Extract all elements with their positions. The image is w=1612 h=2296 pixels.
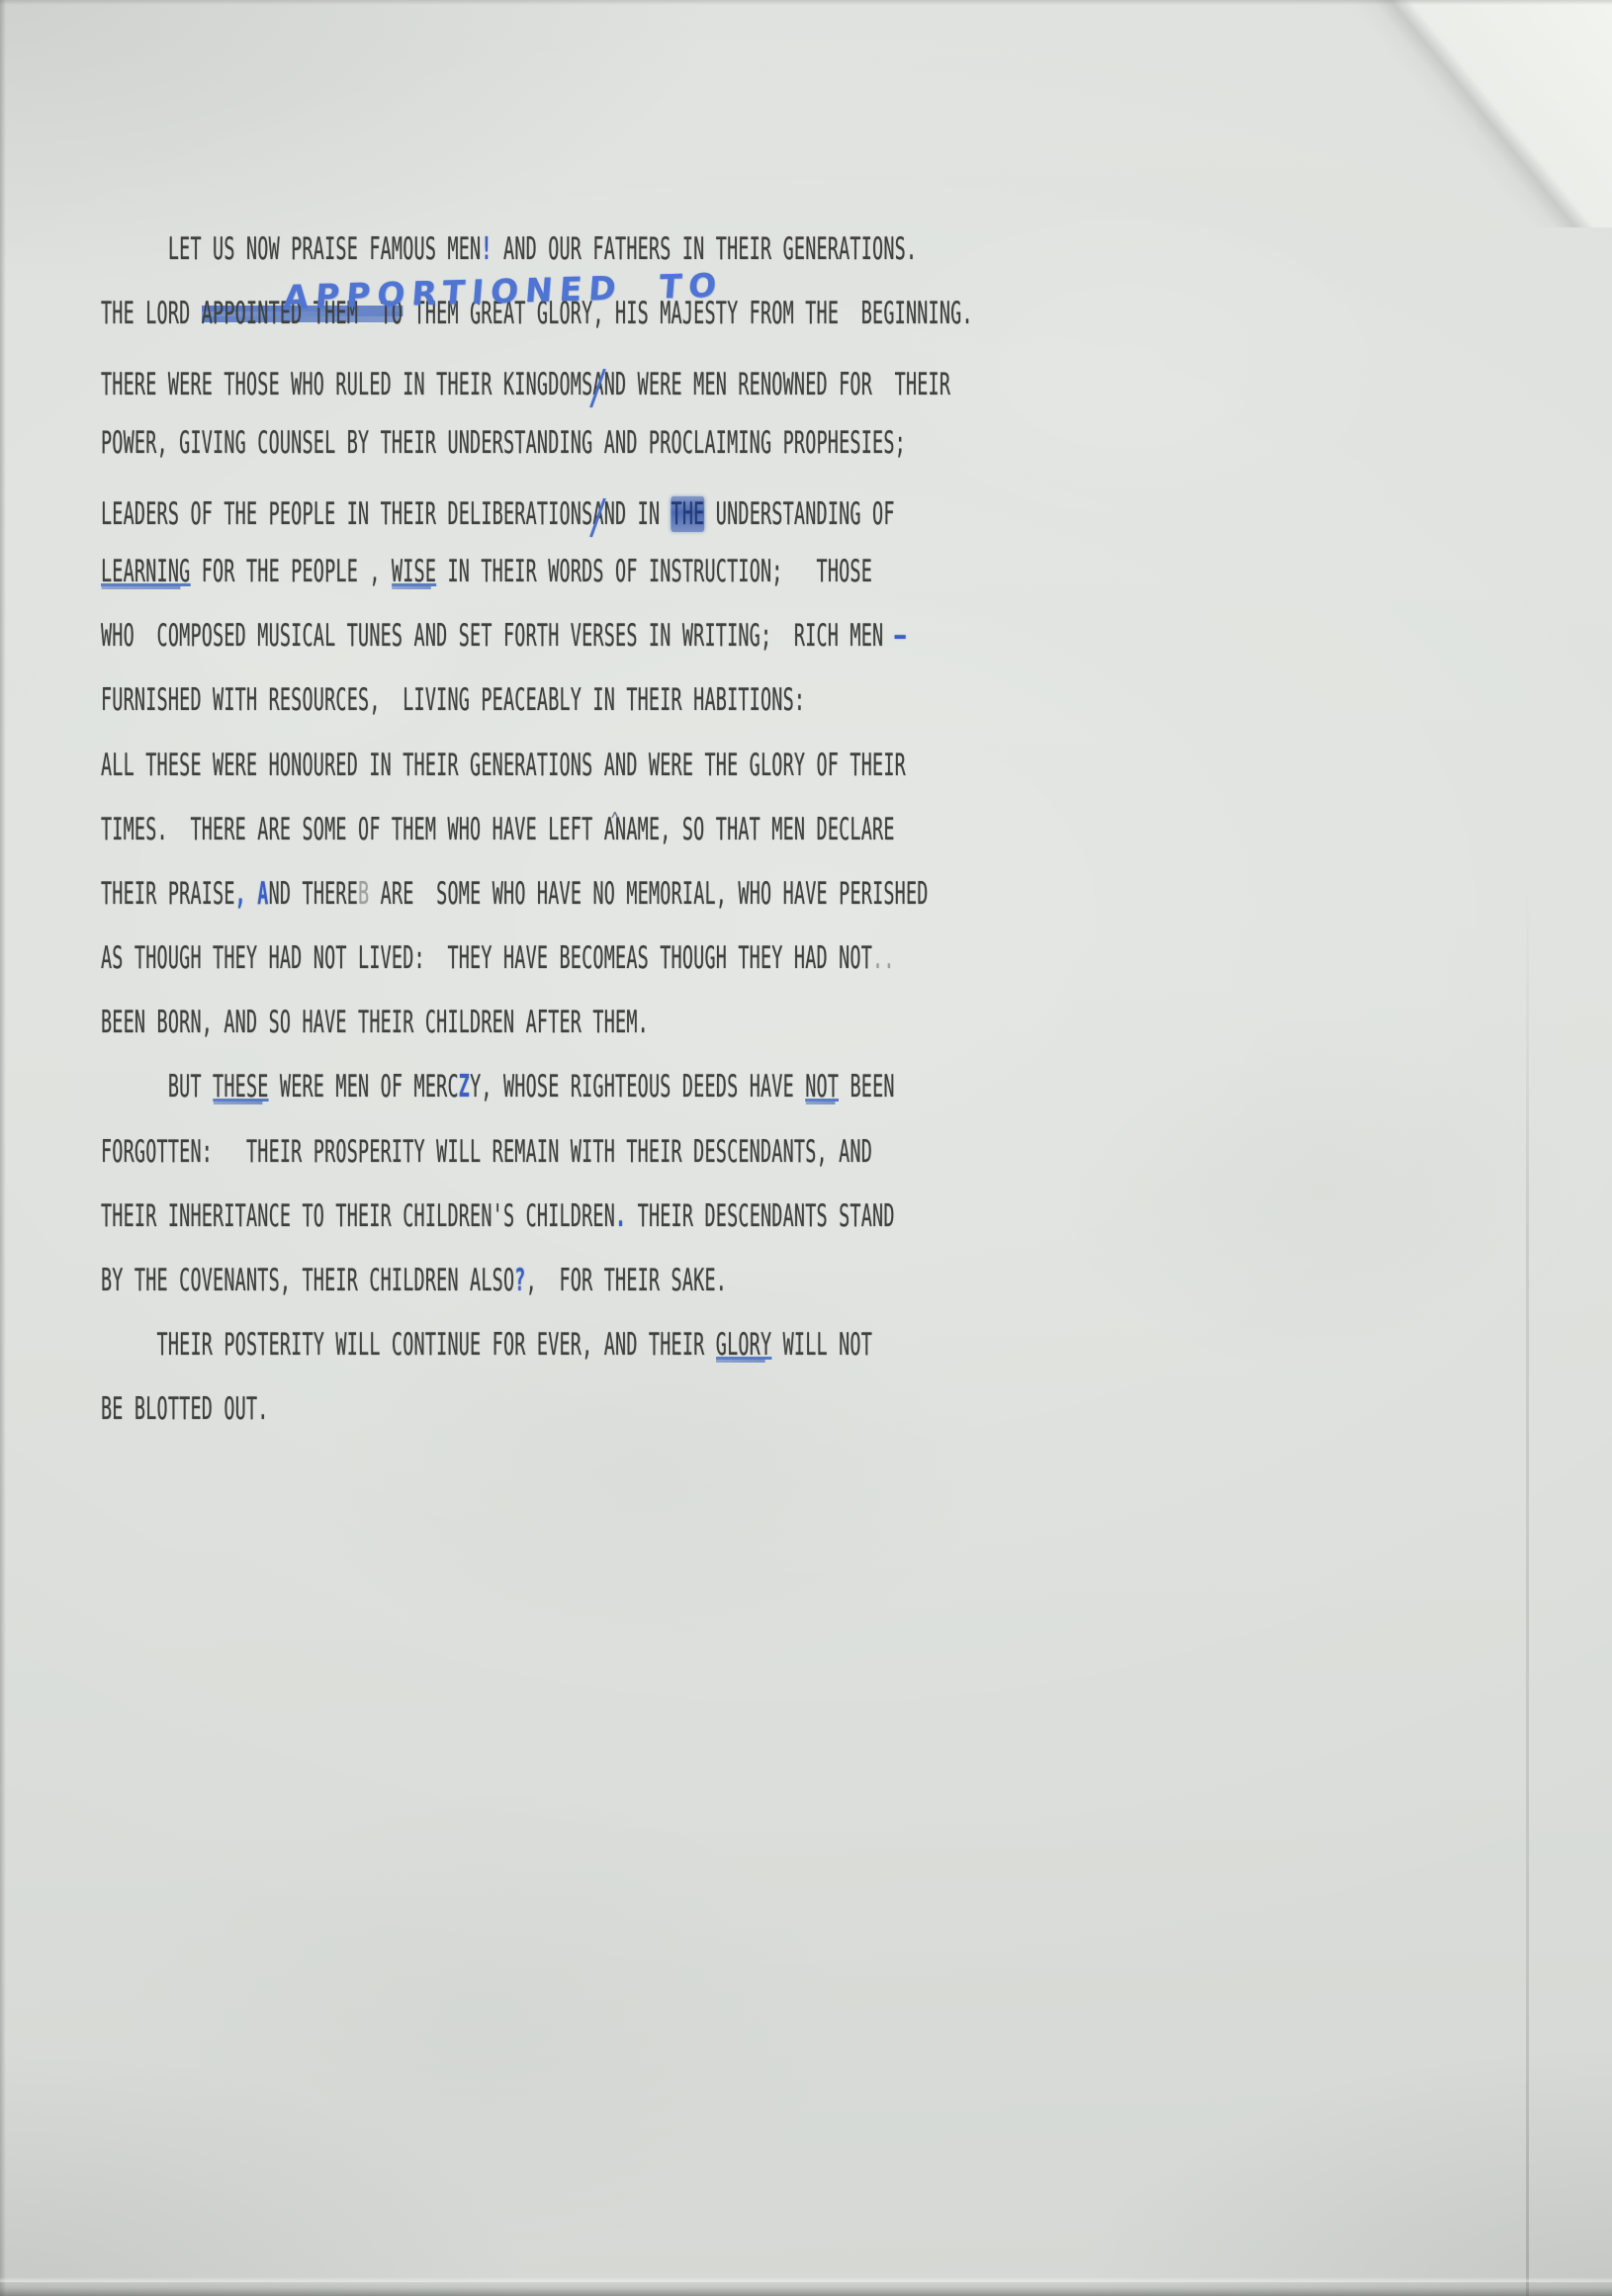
typed-text: AND WERE MEN RENOWNED FOR THEIR <box>592 367 950 402</box>
annotation-faint: B <box>358 876 369 912</box>
typed-line: AS THOUGH THEY HAD NOT LIVED: THEY HAVE … <box>101 927 1567 991</box>
typed-line: LEADERS OF THE PEOPLE IN THEIR DELIBERAT… <box>101 476 1567 540</box>
typed-text: BUT <box>101 1069 213 1104</box>
annotation-blue-bold: . <box>615 1198 626 1234</box>
annotation-faint: .. <box>872 940 895 976</box>
typed-line: WHO COMPOSED MUSICAL TUNES AND SET FORTH… <box>101 604 1567 668</box>
typed-text: WERE MEN OF MERC <box>269 1069 459 1104</box>
typed-text: AND OUR FATHERS IN THEIR GENERATIONS. <box>493 231 918 267</box>
typed-text: THEIR PRAISE <box>101 876 235 912</box>
typed-text: , FOR THEIR SAKE. <box>526 1263 727 1298</box>
scanned-paper: LET US NOW PRAISE FAMOUS MEN! AND OUR FA… <box>0 0 1612 2296</box>
typed-text: THE LORD <box>101 296 202 331</box>
typed-line: THEIR PRAISE, AND THEREB ARE SOME WHO HA… <box>101 862 1567 927</box>
typed-line: POWER, GIVING COUNSEL BY THEIR UNDERSTAN… <box>101 411 1567 476</box>
typed-line: THEIR POSTERITY WILL CONTINUE FOR EVER, … <box>101 1313 1567 1377</box>
typed-text: THEIR DESCENDANTS STAND <box>626 1198 894 1234</box>
typed-text: BE BLOTTED OUT. <box>101 1391 269 1427</box>
typed-text: BEEN BORN, AND SO HAVE THEIR CHILDREN AF… <box>101 1005 649 1040</box>
typed-text: BEEN <box>839 1069 895 1104</box>
annotation-u: LEARNING <box>101 554 190 589</box>
typed-text: ALL THESE WERE HONOURED IN THEIR GENERAT… <box>101 748 906 783</box>
typed-text: ARE SOME WHO HAVE NO MEMORIAL, WHO HAVE … <box>369 876 928 912</box>
typed-text: BY THE COVENANTS, THEIR CHILDREN ALSO <box>101 1263 514 1298</box>
annotation-blue-bold: , <box>235 876 246 912</box>
typed-text: LEADERS OF THE PEOPLE IN THEIR DELIBERAT… <box>101 496 592 532</box>
annotation-u: GLORY <box>716 1327 772 1363</box>
typed-text: UNDERSTANDING OF <box>704 496 894 532</box>
typed-text: ND THERE <box>269 876 358 912</box>
typed-text <box>246 876 257 912</box>
typed-line: FORGOTTEN: THEIR PROSPERITY WILL REMAIN … <box>101 1120 1567 1185</box>
typed-text: FURNISHED WITH RESOURCES, LIVING PEACEAB… <box>101 682 805 718</box>
typed-text: POWER, GIVING COUNSEL BY THEIR UNDERSTAN… <box>101 425 906 461</box>
annotation-u: NOT <box>805 1069 839 1104</box>
typed-text: NAME, SO THAT MEN DECLARE <box>615 812 895 847</box>
typed-line: LET US NOW PRAISE FAMOUS MEN! AND OUR FA… <box>101 218 1567 282</box>
annotation-blot: THE <box>672 496 705 532</box>
typed-text: LET US NOW PRAISE FAMOUS MEN <box>101 231 481 267</box>
typed-text: FOR THE PEOPLE , <box>190 554 391 589</box>
typed-text-block: LET US NOW PRAISE FAMOUS MEN! AND OUR FA… <box>101 218 1567 1443</box>
typed-text: THEIR INHERITANCE TO THEIR CHILDREN'S CH… <box>101 1198 615 1234</box>
typed-text: AS THOUGH THEY HAD NOT LIVED: THEY HAVE … <box>101 940 872 976</box>
typed-text: WHO COMPOSED MUSICAL TUNES AND SET FORTH… <box>101 618 895 654</box>
typed-text: WILL NOT <box>771 1327 872 1363</box>
top-edge-shadow <box>0 0 1612 5</box>
typed-line: BY THE COVENANTS, THEIR CHILDREN ALSO?, … <box>101 1249 1567 1313</box>
annotation-blue-bold: ! <box>481 231 492 267</box>
bottom-edge-shadow <box>0 2280 1612 2296</box>
typed-text: IN THEIR WORDS OF INSTRUCTION; THOSE <box>436 554 872 589</box>
annotation-blue-bold: A <box>257 876 268 912</box>
left-edge-shadow <box>0 0 6 2296</box>
typed-line: THERE WERE THOSE WHO RULED IN THEIR KING… <box>101 346 1567 410</box>
typed-text: TIMES. THERE ARE SOME OF THEM WHO HAVE L… <box>101 812 615 847</box>
annotation-blue-bold: ? <box>514 1263 525 1298</box>
typed-line: BEEN BORN, AND SO HAVE THEIR CHILDREN AF… <box>101 991 1567 1055</box>
page-fold-top-right <box>1315 0 1612 227</box>
typed-text: FORGOTTEN: THEIR PROSPERITY WILL REMAIN … <box>101 1134 872 1170</box>
typed-text: THEIR POSTERITY WILL CONTINUE FOR EVER, … <box>101 1327 716 1363</box>
typed-line: LEARNING FOR THE PEOPLE , WISE IN THEIR … <box>101 540 1567 604</box>
annotation-blue-bold: Z <box>459 1069 470 1104</box>
typed-line: BE BLOTTED OUT. <box>101 1377 1567 1442</box>
typed-text: Y, WHOSE RIGHTEOUS DEEDS HAVE <box>470 1069 805 1104</box>
annotation-blue-bold: – <box>895 618 906 654</box>
annotation-u: WISE <box>392 554 436 589</box>
typed-line: TIMES. THERE ARE SOME OF THEM WHO HAVE L… <box>101 798 1567 862</box>
typed-line: ALL THESE WERE HONOURED IN THEIR GENERAT… <box>101 734 1567 798</box>
annotation-u: THESE <box>213 1069 269 1104</box>
typed-line: THEIR INHERITANCE TO THEIR CHILDREN'S CH… <box>101 1185 1567 1249</box>
typed-line: BUT THESE WERE MEN OF MERCZY, WHOSE RIGH… <box>101 1055 1567 1119</box>
typed-text: THERE WERE THOSE WHO RULED IN THEIR KING… <box>101 367 592 402</box>
typed-line: FURNISHED WITH RESOURCES, LIVING PEACEAB… <box>101 668 1567 733</box>
